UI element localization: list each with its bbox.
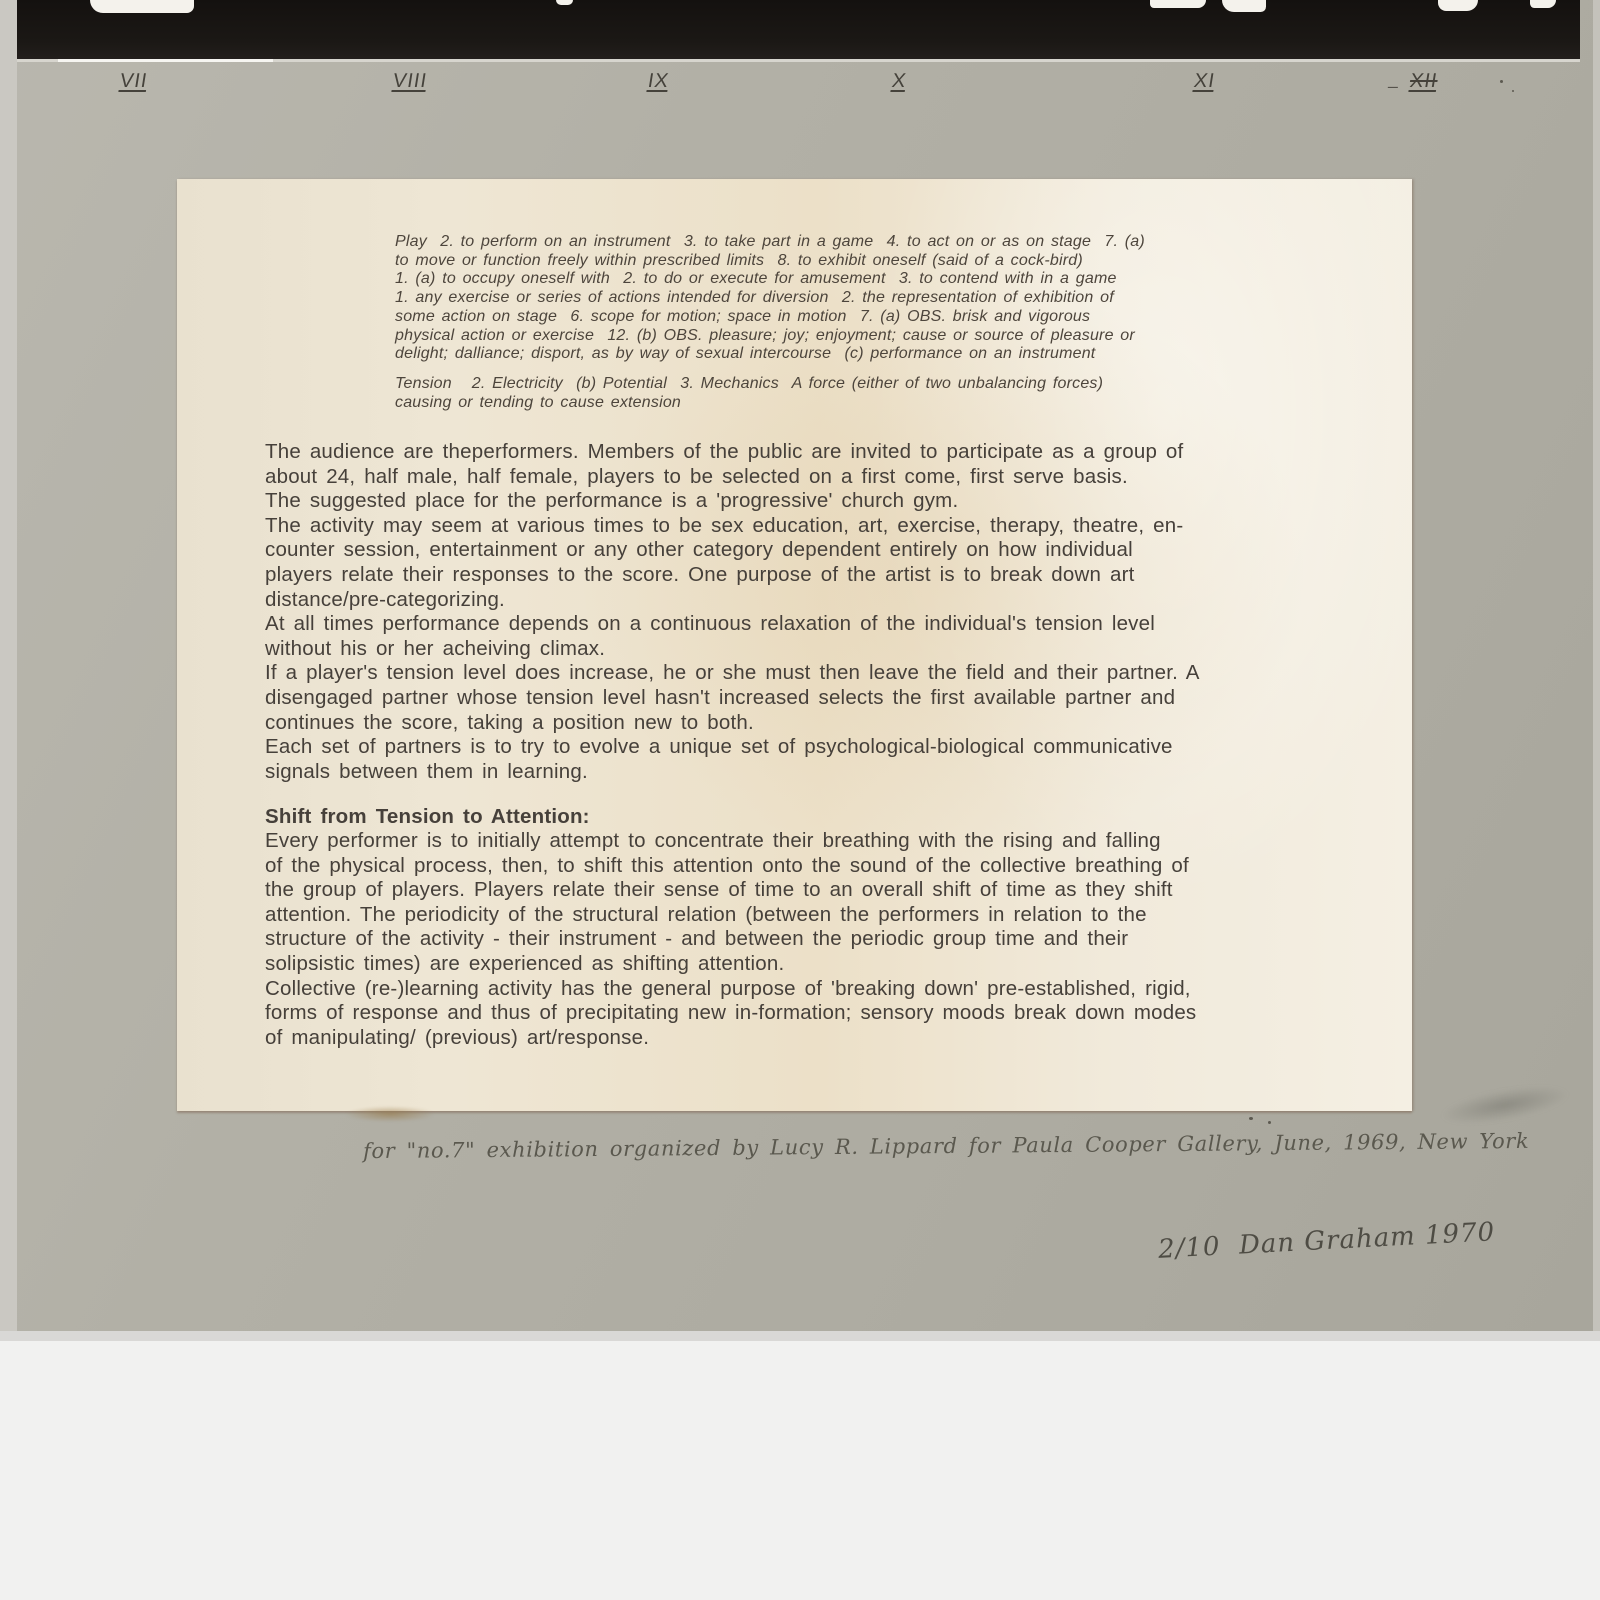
pencil-inscription: for "no.7" exhibition organized by Lucy … xyxy=(363,1129,1529,1163)
cropped-photo-strip xyxy=(17,0,1580,60)
smudge-mark xyxy=(1438,1079,1571,1131)
photo-fragment xyxy=(1438,0,1478,11)
speck xyxy=(1512,90,1514,92)
stain-mark xyxy=(345,1106,435,1122)
index-numeral-xi: XI xyxy=(1192,70,1217,93)
photo-fragment xyxy=(556,0,573,5)
board-bottom-edge xyxy=(0,1331,1600,1341)
photo-fragment xyxy=(1150,0,1206,8)
definition-tension-text: Tension 2. Electricity (b) Potential 3. … xyxy=(395,375,1103,412)
matboard-right-edge xyxy=(1593,0,1600,1331)
shift-section-text: Every performer is to initially attempt … xyxy=(265,829,1196,1050)
photo-strip-bottom-highlight xyxy=(58,59,273,62)
photo-fragment xyxy=(1222,0,1266,12)
index-numeral-vii: VII xyxy=(118,70,149,93)
index-numeral-viii: VIII xyxy=(391,70,429,93)
index-numeral-x: X xyxy=(890,70,908,93)
index-numeral-ix: IX xyxy=(646,70,671,93)
index-numeral-xii: XII xyxy=(1408,70,1439,93)
performance-score-text: The audience are theperformers. Members … xyxy=(265,440,1200,784)
shift-section-heading: Shift from Tension to Attention: xyxy=(265,805,590,829)
speck xyxy=(1249,1117,1253,1120)
photo-fragment xyxy=(1530,0,1556,8)
backdrop xyxy=(0,1341,1600,1600)
typed-score-sheet: Play 2. to perform on an instrument 3. t… xyxy=(177,179,1412,1111)
matboard-left-edge xyxy=(0,0,17,1331)
speck xyxy=(1268,1121,1271,1124)
definition-play-text: Play 2. to perform on an instrument 3. t… xyxy=(395,233,1145,364)
edition-and-signature: 2/10 Dan Graham 1970 xyxy=(1157,1217,1495,1265)
index-numeral-xii-dash: – xyxy=(1386,76,1399,97)
matboard: VII VIII IX X XI – XII Play 2. to perfor… xyxy=(0,0,1600,1331)
artwork-photo: VII VIII IX X XI – XII Play 2. to perfor… xyxy=(0,0,1600,1600)
speck xyxy=(1500,80,1503,83)
photo-fragment xyxy=(90,0,194,13)
